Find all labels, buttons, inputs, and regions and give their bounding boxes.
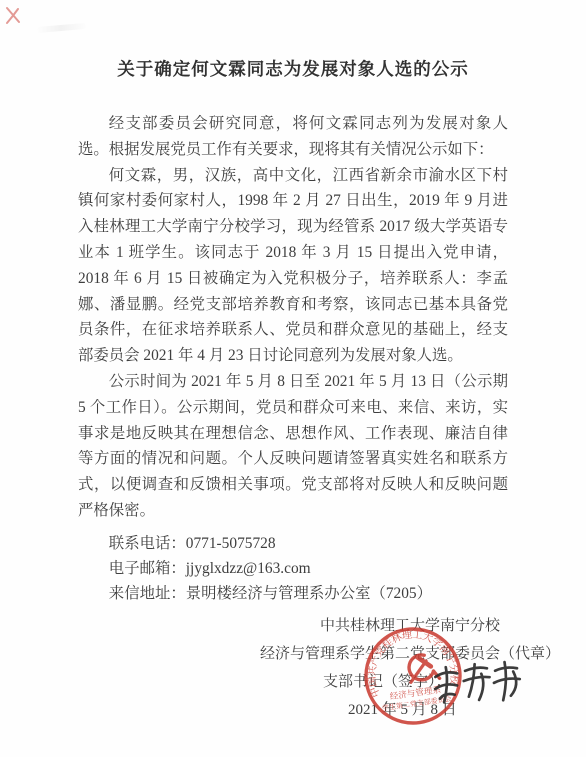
contact-email-label: 电子邮箱： xyxy=(109,560,186,577)
contact-phone-value: 0771-5075728 xyxy=(186,535,276,552)
paragraph-approval: 经支部委员会研究同意，将何文霖同志列为发展对象人选。根据发展党员工作有关要求，现… xyxy=(78,111,508,163)
page-title: 关于确定何文霖同志为发展对象人选的公示 xyxy=(0,56,586,81)
paragraph-publicity-period: 公示时间为 2021 年 5 月 8 日至 2021 年 5 月 13 日（公示… xyxy=(78,369,508,524)
scan-smudge-artifact xyxy=(36,23,86,33)
paragraph-candidate-info: 何文霖，男，汉族，高中文化，江西省新余市渝水区下村镇何家村委何家村人，1998 … xyxy=(78,163,508,369)
contact-section: 联系电话：0771-5075728 电子邮箱：jjyglxdzz@163.com… xyxy=(78,531,508,606)
contact-email-value: jjyglxdzz@163.com xyxy=(186,560,311,577)
signature-date: 2021 年 5 月 8 日 xyxy=(237,696,583,724)
signature-sign-label: 支部书记（签字）： xyxy=(237,668,583,696)
signature-org-line1: 中共桂林理工大学南宁分校 xyxy=(237,612,583,640)
contact-phone-label: 联系电话： xyxy=(109,535,186,552)
signature-block: 中共桂林理工大学南宁分校 经济与管理系学生第二党支部委员会（代章） 支部书记（签… xyxy=(237,612,583,724)
signature-org-line2: 经济与管理系学生第二党支部委员会（代章） xyxy=(237,640,583,668)
document-body: 经支部委员会研究同意，将何文霖同志列为发展对象人选。根据发展党员工作有关要求，现… xyxy=(78,111,508,606)
announcement-document-page: 关于确定何文霖同志为发展对象人选的公示 经支部委员会研究同意，将何文霖同志列为发… xyxy=(0,0,586,757)
corner-stamp-mark-icon xyxy=(4,5,22,25)
secretary-handwritten-signature xyxy=(428,657,527,712)
contact-email-line: 电子邮箱：jjyglxdzz@163.com xyxy=(78,556,508,581)
contact-mail-value: 景明楼经济与管理系办公室（7205） xyxy=(186,585,432,602)
contact-mail-label: 来信地址： xyxy=(109,585,186,602)
contact-mail-address-line: 来信地址：景明楼经济与管理系办公室（7205） xyxy=(78,581,508,606)
contact-phone-line: 联系电话：0771-5075728 xyxy=(78,531,508,556)
